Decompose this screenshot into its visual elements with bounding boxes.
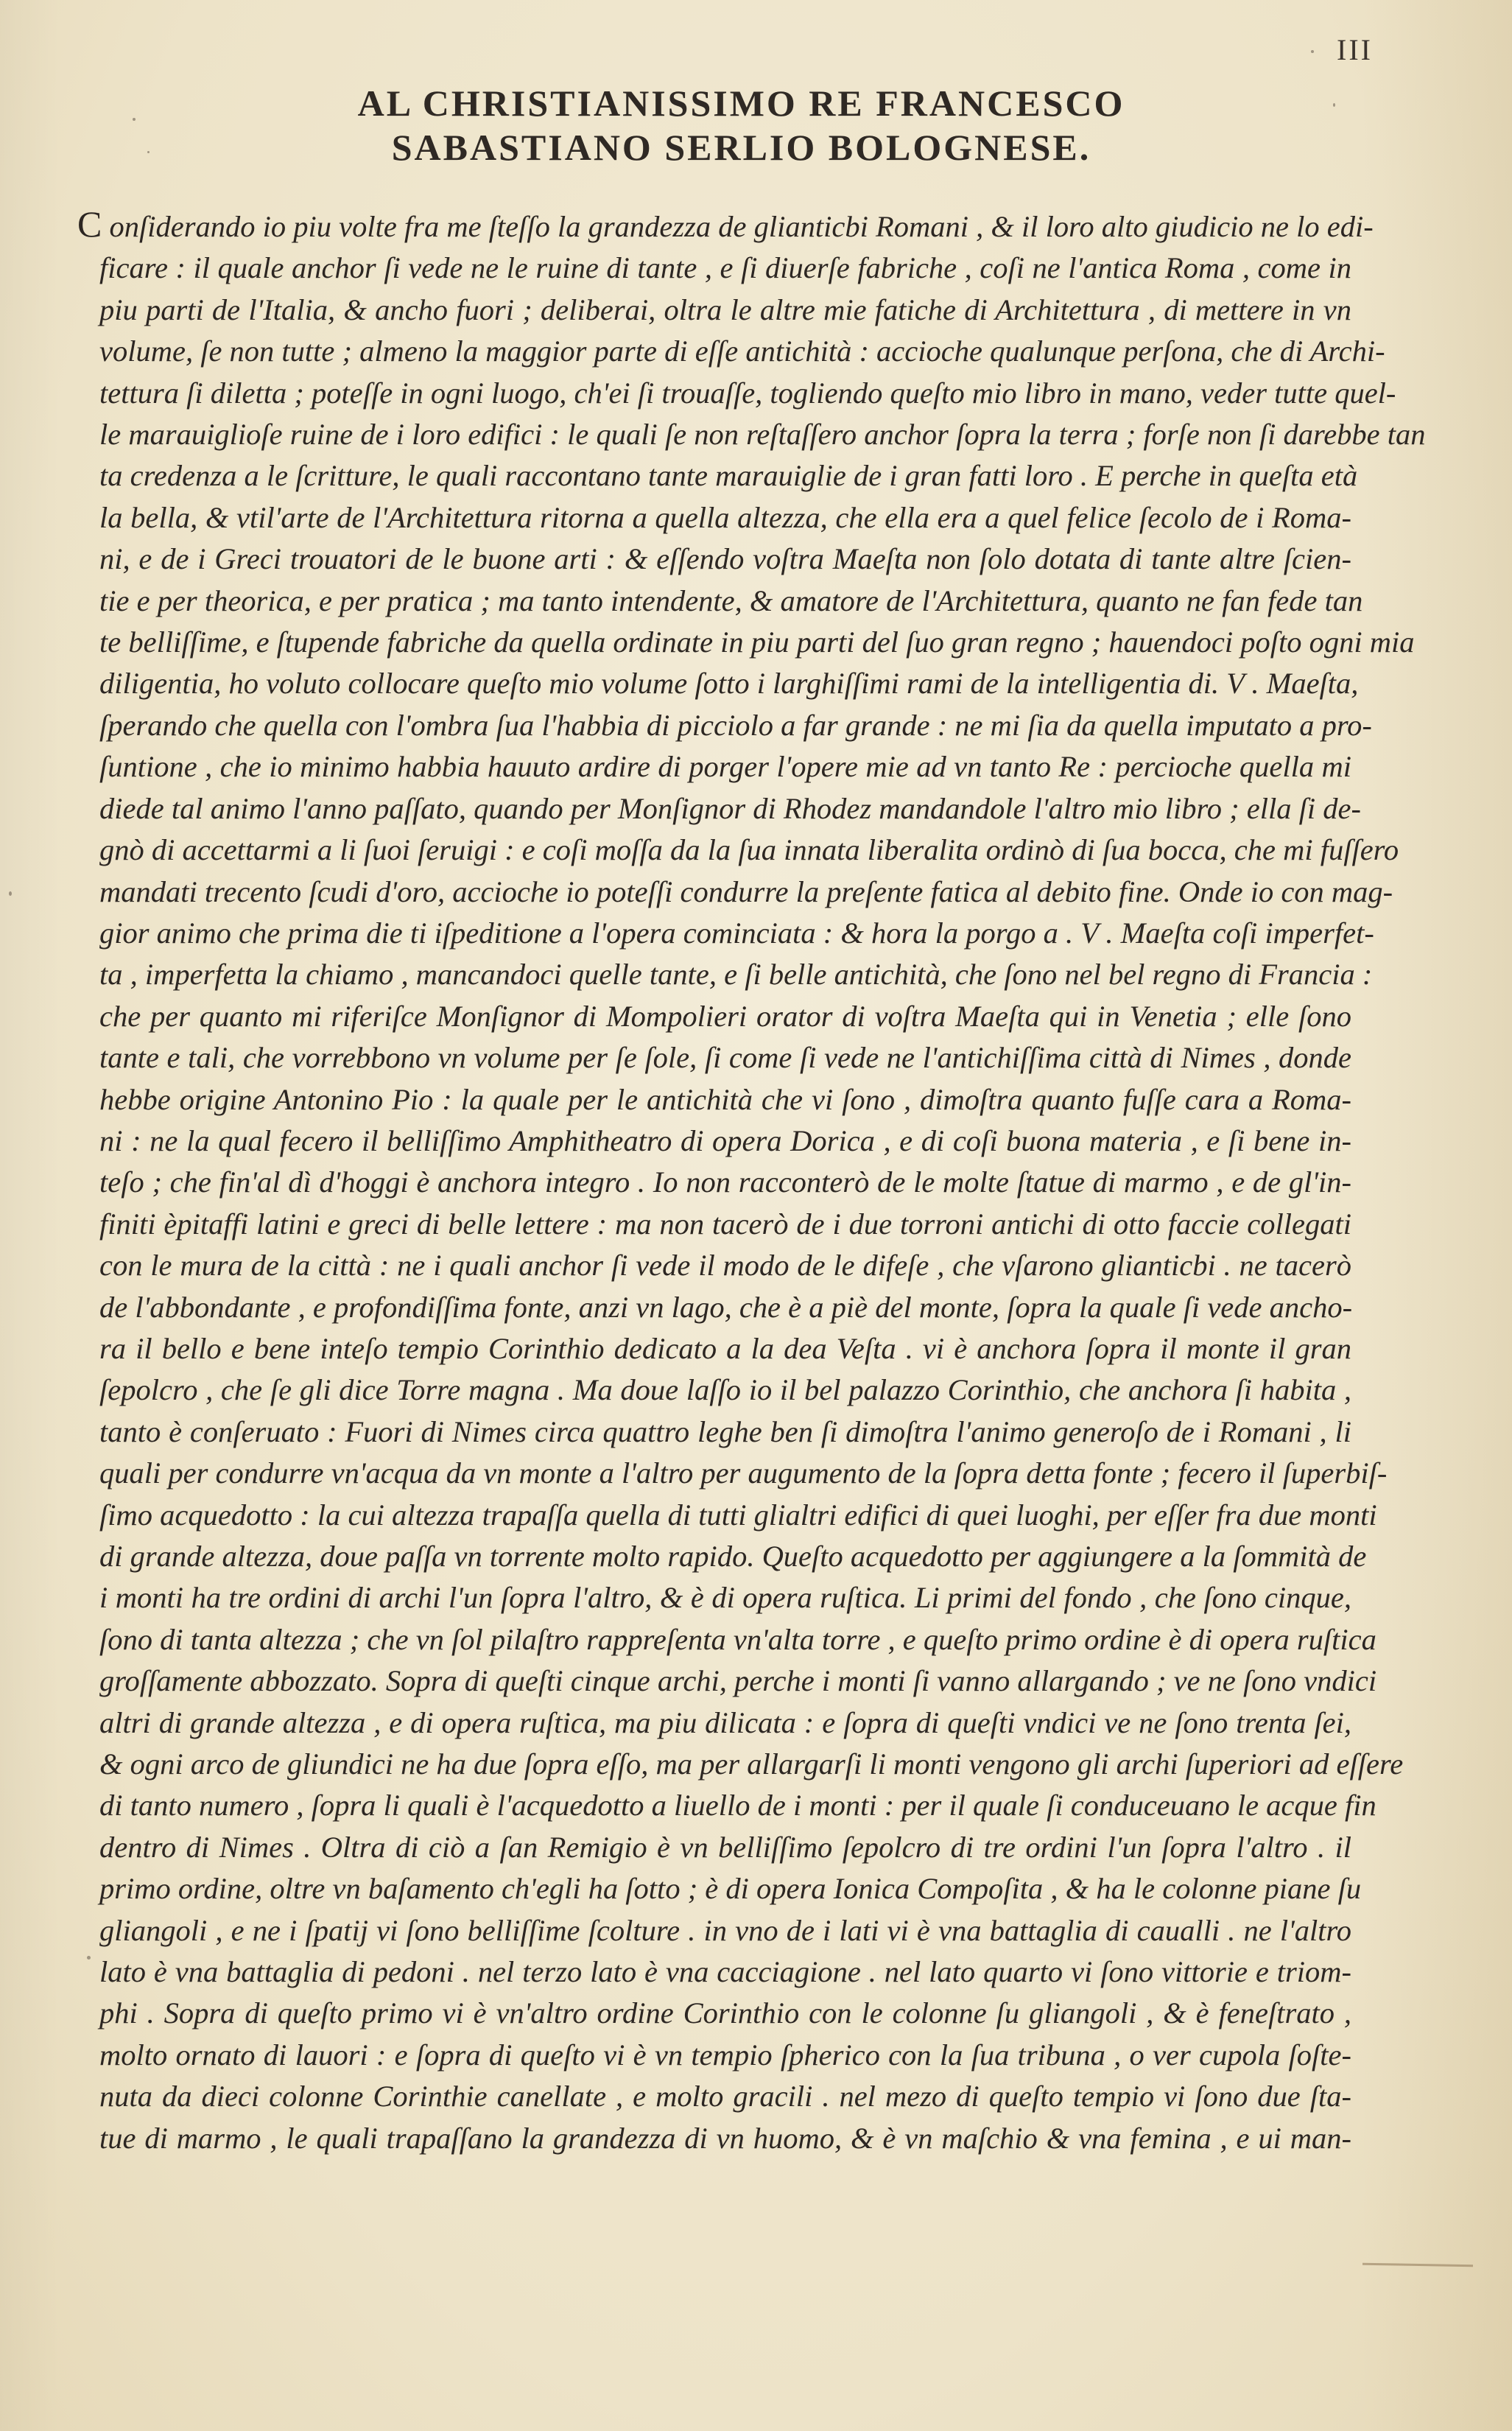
title-line-1: AL CHRISTIANISSIMO RE FRANCESCO: [0, 81, 1512, 125]
text-line: ſono di tanta altezza ; che vn ſol pilaſ…: [99, 1619, 1351, 1660]
text-line: groſſamente abbozzato. Sopra di queſti c…: [99, 1660, 1351, 1702]
text-line-content: mandati trecento ſcudi d'oro, accioche i…: [99, 875, 1393, 908]
text-line: ta , imperfetta la chiamo , mancandoci q…: [99, 954, 1351, 995]
text-line-content: ſepolcro , che ſe gli dice Torre magna .…: [99, 1373, 1351, 1406]
text-line-content: gnò di accettarmi a li ſuoi ſeruigi : e …: [99, 833, 1399, 866]
text-line-content: ni : ne la qual fecero il belliſſimo Amp…: [99, 1124, 1351, 1157]
text-line-content: piu parti de l'Italia, & ancho fuori ; d…: [99, 293, 1351, 326]
text-line: di grande altezza, doue paſſa vn torrent…: [99, 1536, 1351, 1577]
text-line-content: che per quanto mi riferiſce Monſignor di…: [99, 1000, 1351, 1033]
text-line: piu parti de l'Italia, & ancho fuori ; d…: [99, 290, 1351, 331]
text-line: phi . Sopra di queſto primo vi è vn'altr…: [99, 1993, 1351, 2034]
text-line: tue di marmo , le quali trapaſſano la gr…: [99, 2118, 1351, 2159]
text-line: i monti ha tre ordini di archi l'un ſopr…: [99, 1577, 1351, 1618]
text-line: tanto è conſeruato : Fuori di Nimes circ…: [99, 1411, 1351, 1453]
text-line-content: ſimo acquedotto : la cui altezza trapaſſ…: [99, 1498, 1377, 1532]
ink-speck: [133, 118, 136, 121]
text-line-content: lato è vna battaglia di pedoni . nel ter…: [99, 1955, 1351, 1988]
text-line: finiti èpitaffi latini e greci di belle …: [99, 1204, 1351, 1245]
text-line: diede tal animo l'anno paſſato, quando p…: [99, 788, 1351, 829]
text-line-content: con le mura de la città : ne i quali anc…: [99, 1249, 1351, 1282]
text-line-content: tanto è conſeruato : Fuori di Nimes circ…: [99, 1415, 1351, 1448]
body-text: C onſiderando io piu volte fra me ſteſſo…: [99, 203, 1351, 2159]
text-line-content: i monti ha tre ordini di archi l'un ſopr…: [99, 1581, 1351, 1614]
text-line-content: ta credenza a le ſcritture, le quali rac…: [99, 459, 1357, 492]
page-fold-mark: [1362, 2263, 1473, 2267]
text-line-content: finiti èpitaffi latini e greci di belle …: [99, 1207, 1351, 1241]
text-line: nuta da dieci colonne Corinthie canellat…: [99, 2076, 1351, 2117]
text-line-content: tettura ſi diletta ; poteſſe in ogni luo…: [99, 376, 1396, 410]
text-line-content: quali per condurre vn'acqua da vn monte …: [99, 1456, 1387, 1490]
text-line: gnò di accettarmi a li ſuoi ſeruigi : e …: [99, 829, 1351, 871]
text-line-content: altri di grande altezza , e di opera ruſ…: [99, 1706, 1351, 1739]
text-line: le marauiglioſe ruine de i loro edifici …: [99, 414, 1351, 455]
text-line-content: di tanto numero , ſopra li quali è l'acq…: [99, 1789, 1376, 1822]
text-line: tettura ſi diletta ; poteſſe in ogni luo…: [99, 373, 1351, 414]
text-line-content: tue di marmo , le quali trapaſſano la gr…: [99, 2122, 1351, 2155]
ink-speck: [87, 1956, 91, 1960]
text-line: & ogni arco de gliundici ne ha due ſopra…: [99, 1744, 1351, 1785]
drop-capital: C: [77, 203, 102, 245]
text-line-content: ſperando che quella con l'ombra ſua l'ha…: [99, 709, 1372, 742]
text-line-content: onſiderando io piu volte fra me ſteſſo l…: [109, 210, 1373, 243]
text-line-content: primo ordine, oltre vn baſamento ch'egli…: [99, 1872, 1361, 1905]
text-line: teſo ; che fin'al dì d'hoggi è anchora i…: [99, 1162, 1351, 1203]
text-line: gliangoli , e ne i ſpatij vi ſono belliſ…: [99, 1910, 1351, 1951]
dedication-title: AL CHRISTIANISSIMO RE FRANCESCO SABASTIA…: [0, 81, 1512, 169]
text-line: quali per condurre vn'acqua da vn monte …: [99, 1453, 1351, 1494]
text-line: ſuntione , che io minimo habbia hauuto a…: [99, 746, 1351, 787]
text-line-content: tie e per theorica, e per pratica ; ma t…: [99, 584, 1362, 617]
text-line-content: tante e tali, che vorrebbono vn volume p…: [99, 1041, 1351, 1074]
text-line-content: phi . Sopra di queſto primo vi è vn'altr…: [99, 1996, 1351, 2030]
text-line-content: hebbe origine Antonino Pio : la quale pe…: [99, 1083, 1351, 1116]
text-line: ra il bello e bene inteſo tempio Corinth…: [99, 1328, 1351, 1369]
text-line: ſimo acquedotto : la cui altezza trapaſſ…: [99, 1495, 1351, 1536]
text-line: primo ordine, oltre vn baſamento ch'egli…: [99, 1868, 1351, 1909]
title-line-2: SABASTIANO SERLIO BOLOGNESE.: [0, 125, 1512, 169]
text-line: ni, e de i Greci trouatori de le buone a…: [99, 539, 1351, 580]
text-line: volume, ſe non tutte ; almeno la maggior…: [99, 331, 1351, 372]
text-line: altri di grande altezza , e di opera ruſ…: [99, 1702, 1351, 1744]
text-line-content: dentro di Nimes . Oltra di ciò a ſan Rem…: [99, 1831, 1351, 1864]
text-line: gior animo che prima die ti iſpeditione …: [99, 913, 1351, 954]
text-line: mandati trecento ſcudi d'oro, accioche i…: [99, 871, 1351, 913]
text-line-content: ſono di tanta altezza ; che vn ſol pilaſ…: [99, 1623, 1376, 1656]
text-line-content: ta , imperfetta la chiamo , mancandoci q…: [99, 958, 1372, 991]
text-line: ſperando che quella con l'ombra ſua l'ha…: [99, 705, 1351, 746]
text-line-content: teſo ; che fin'al dì d'hoggi è anchora i…: [99, 1165, 1351, 1199]
ink-speck: [147, 151, 150, 153]
text-line-content: la bella, & vtil'arte de l'Architettura …: [99, 501, 1351, 534]
text-line-content: ſuntione , che io minimo habbia hauuto a…: [99, 750, 1351, 783]
text-line-content: ficare : il quale anchor ſi vede ne le r…: [99, 251, 1351, 284]
text-line: tie e per theorica, e per pratica ; ma t…: [99, 580, 1351, 622]
text-line: hebbe origine Antonino Pio : la quale pe…: [99, 1079, 1351, 1120]
text-line: che per quanto mi riferiſce Monſignor di…: [99, 996, 1351, 1037]
ink-speck: [1311, 50, 1314, 53]
text-line: C onſiderando io piu volte fra me ſteſſo…: [77, 203, 1351, 248]
text-line: de l'abbondante , e profondiſſima fonte,…: [99, 1287, 1351, 1328]
text-line-content: diligentia, ho voluto collocare queſto m…: [99, 667, 1358, 700]
text-line: ſepolcro , che ſe gli dice Torre magna .…: [99, 1369, 1351, 1411]
text-line-content: de l'abbondante , e profondiſſima fonte,…: [99, 1291, 1352, 1324]
text-line: di tanto numero , ſopra li quali è l'acq…: [99, 1785, 1351, 1826]
text-line-content: diede tal animo l'anno paſſato, quando p…: [99, 792, 1361, 825]
text-line-content: di grande altezza, doue paſſa vn torrent…: [99, 1540, 1366, 1573]
page-number: III: [1337, 32, 1373, 67]
text-line-content: volume, ſe non tutte ; almeno la maggior…: [99, 334, 1385, 368]
text-line-content: & ogni arco de gliundici ne ha due ſopra…: [99, 1747, 1403, 1781]
text-line: la bella, & vtil'arte de l'Architettura …: [99, 497, 1351, 539]
ink-speck: [1333, 103, 1335, 107]
text-line: ficare : il quale anchor ſi vede ne le r…: [99, 248, 1351, 289]
text-line-content: te belliſſime, e ſtupende fabriche da qu…: [99, 625, 1415, 659]
text-line-content: ra il bello e bene inteſo tempio Corinth…: [99, 1332, 1351, 1365]
ink-speck: [9, 891, 12, 896]
text-line-content: molto ornato di lauori : e ſopra di queſ…: [99, 2038, 1351, 2072]
text-line: tante e tali, che vorrebbono vn volume p…: [99, 1037, 1351, 1078]
text-line: lato è vna battaglia di pedoni . nel ter…: [99, 1951, 1351, 1993]
text-line: con le mura de la città : ne i quali anc…: [99, 1245, 1351, 1286]
text-line: dentro di Nimes . Oltra di ciò a ſan Rem…: [99, 1827, 1351, 1868]
text-line-content: ni, e de i Greci trouatori de le buone a…: [99, 542, 1351, 575]
text-line-content: gliangoli , e ne i ſpatij vi ſono belliſ…: [99, 1914, 1351, 1947]
text-line: diligentia, ho voluto collocare queſto m…: [99, 663, 1351, 704]
text-line: te belliſſime, e ſtupende fabriche da qu…: [99, 622, 1351, 663]
text-line-content: nuta da dieci colonne Corinthie canellat…: [99, 2080, 1351, 2113]
text-line: molto ornato di lauori : e ſopra di queſ…: [99, 2035, 1351, 2076]
text-line-content: groſſamente abbozzato. Sopra di queſti c…: [99, 1664, 1376, 1697]
text-line: ta credenza a le ſcritture, le quali rac…: [99, 455, 1351, 497]
text-line: ni : ne la qual fecero il belliſſimo Amp…: [99, 1120, 1351, 1162]
text-line-content: gior animo che prima die ti iſpeditione …: [99, 916, 1374, 950]
text-line-content: le marauiglioſe ruine de i loro edifici …: [99, 418, 1426, 451]
